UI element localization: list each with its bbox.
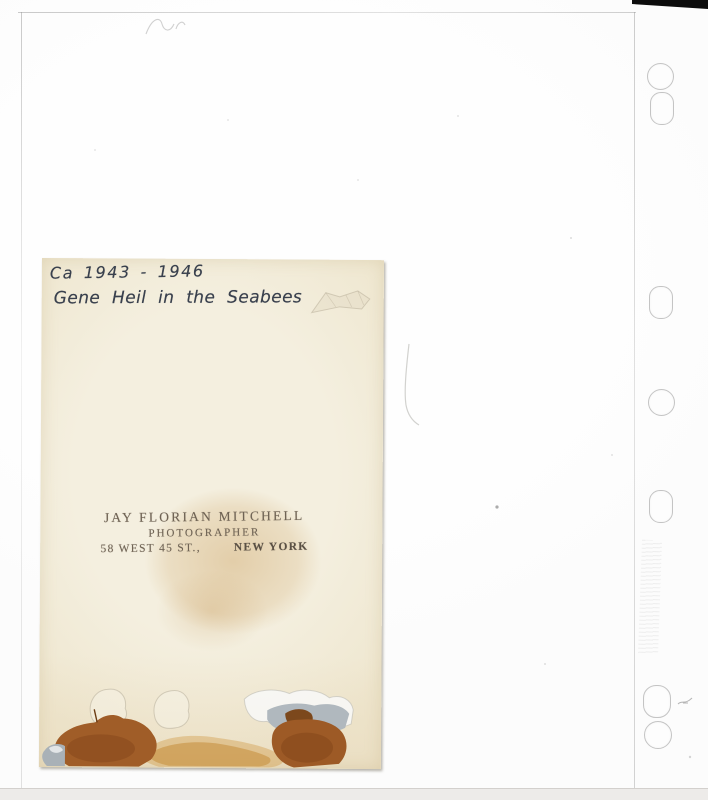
photo-verso: Ca 1943 - 1946 Gene Heil in the Seabees … <box>39 258 384 769</box>
erased-pencil-ghost <box>306 283 380 321</box>
photographer-stamp: JAY FLORIAN MITCHELL PHOTOGRAPHER 58 WES… <box>90 508 318 556</box>
stamp-address-line: 58 WEST 45 ST., NEW YORK <box>90 541 318 556</box>
handwriting-caption-line: Gene Heil in the Seabees <box>54 287 302 308</box>
stamp-name: JAY FLORIAN MITCHELL <box>90 508 318 527</box>
glue-residue-area <box>39 676 382 769</box>
stamp-title: PHOTOGRAPHER <box>90 526 318 541</box>
handwriting-date-line: Ca 1943 - 1946 <box>50 261 205 282</box>
stamp-city: NEW YORK <box>234 541 309 554</box>
stamp-street: 58 WEST 45 ST., <box>100 542 200 555</box>
scanned-album-page: Ca 1943 - 1946 Gene Heil in the Seabees … <box>0 0 708 800</box>
